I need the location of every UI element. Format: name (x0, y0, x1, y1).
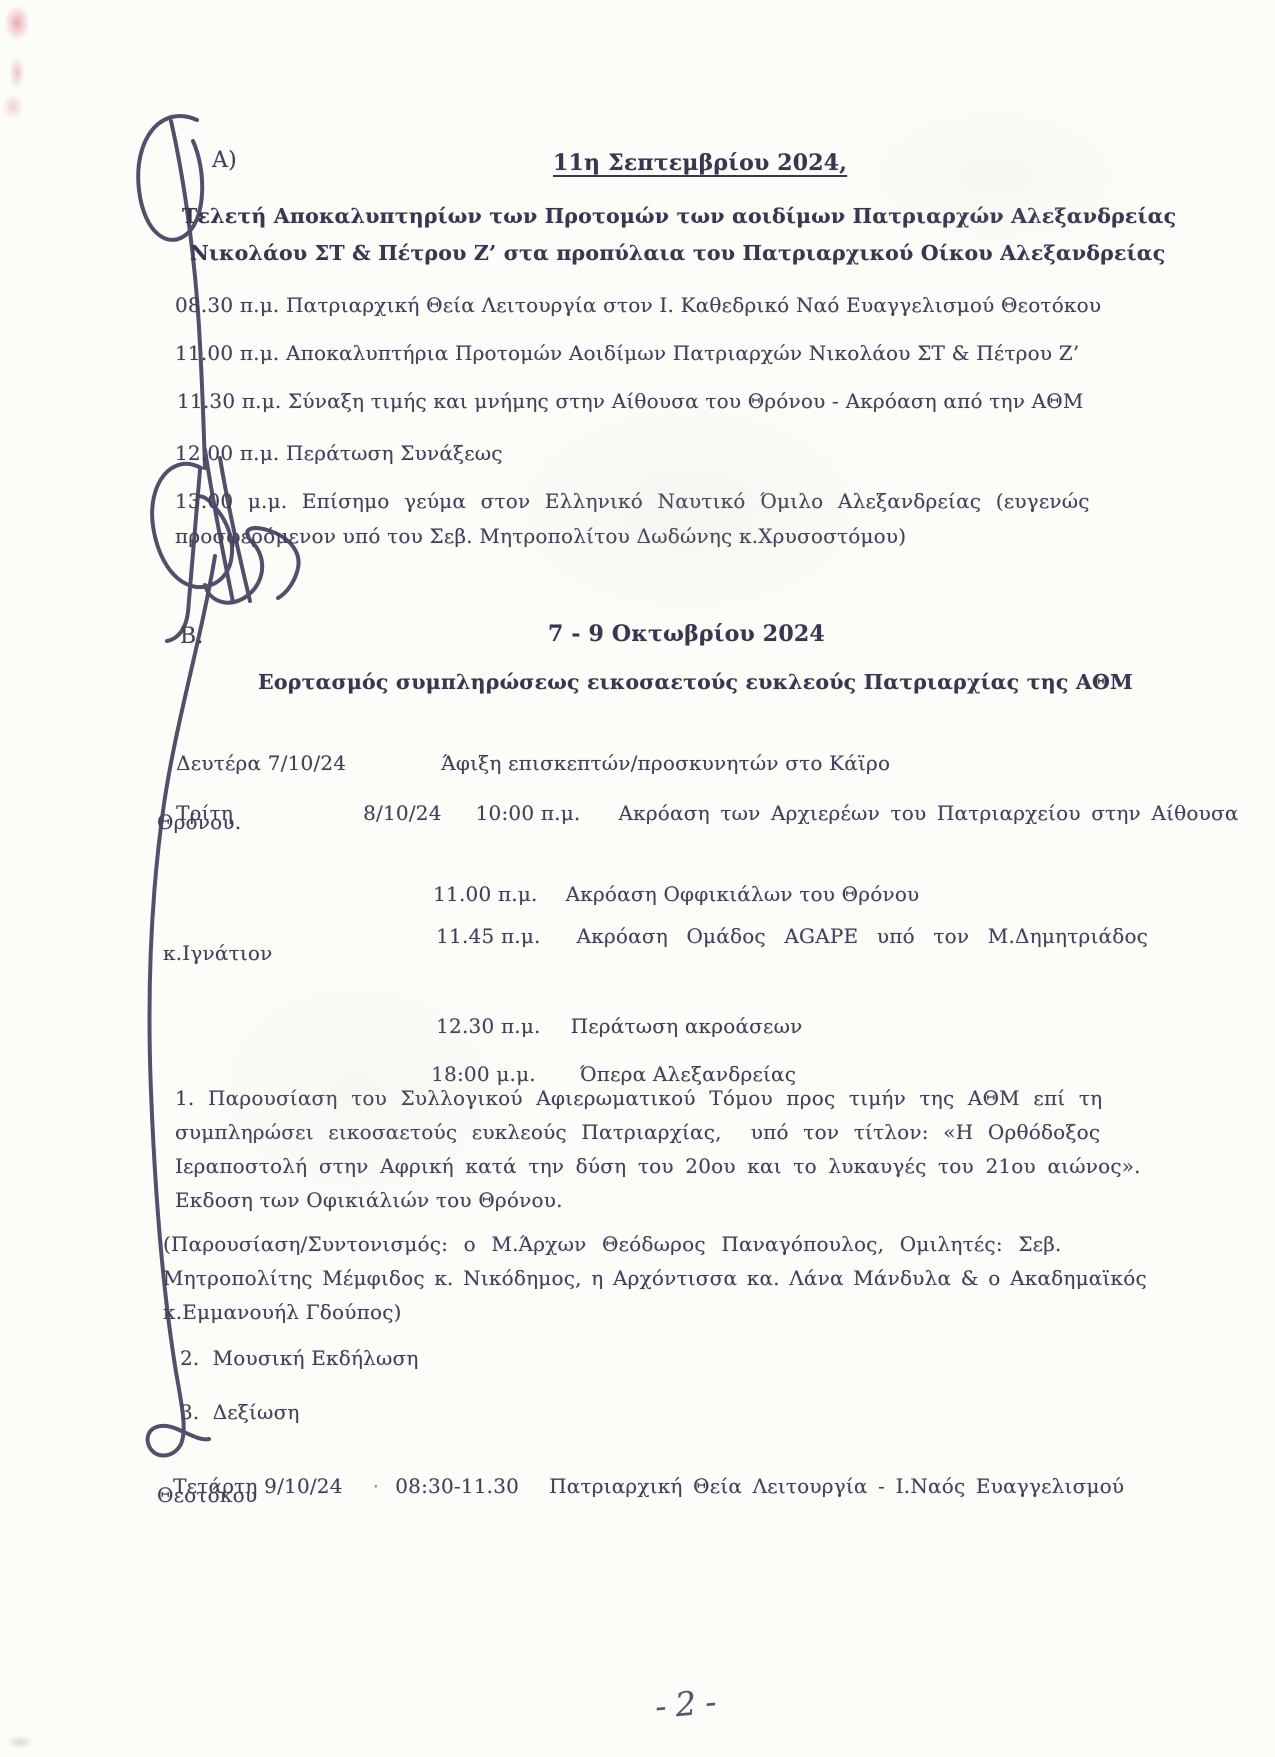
section-a-label: Α) (212, 148, 237, 173)
row-time: 10:00 π.μ. (476, 801, 581, 825)
handwritten-page-number: -2- (653, 1681, 726, 1726)
schedule-row: Δευτέρα 7/10/24Άφιξη επισκεπτών/προσκυνη… (163, 727, 890, 775)
row-time: 11.45 π.μ. (436, 924, 540, 948)
red-scan-artifact (4, 5, 30, 41)
red-scan-artifact (2, 94, 24, 120)
schedule-row: 12.30 π.μ.Περάτωση ακροάσεων (423, 990, 802, 1038)
schedule-row: Τετάρτη 9/10/24·08:30-11.30Πατριαρχική Θ… (160, 1450, 1124, 1498)
schedule-item: 13.00 μ.μ. Επίσημο γεύμα στον Ελληνικό Ν… (175, 489, 1090, 513)
schedule-row: 11.00 π.μ.Ακρόαση Οφφικιάλων του Θρόνου (420, 858, 919, 906)
row-text: Άφιξη επισκεπτών/προσκυνητών στο Κάϊρο (441, 751, 890, 775)
row-date: 8/10/24 (363, 801, 442, 825)
row-text-wrap: Θεοτόκου (157, 1483, 257, 1507)
schedule-row: Τρίτη8/10/2410:00 π.μ.Ακρόαση των Αρχιερ… (163, 777, 1239, 825)
schedule-row: 18:00 μ.μ.Όπερα Αλεξανδρείας (418, 1038, 796, 1086)
schedule-item-continuation: προσφερόμενον υπό του Σεβ. Μητροπολίτου … (175, 524, 906, 548)
paragraph-line: κ.Εμμανουήλ Γδούπος) (163, 1300, 402, 1324)
row-time: 12.30 π.μ. (436, 1014, 540, 1038)
paragraph-line: (Παρουσίαση/Συντονισμός: ο Μ.Άρχων Θεόδω… (163, 1232, 1062, 1256)
section-a-title-line2: Νικολάου ΣΤ & Πέτρου Ζ’ στα προπύλαια το… (190, 241, 1165, 265)
schedule-row: 11.45 π.μ.Ακρόαση Ομάδος AGAPE υπό τον Μ… (423, 900, 1148, 948)
paragraph-line: Εκδοση των Οφικιάλιών του Θρόνου. (175, 1188, 563, 1212)
row-time: 18:00 μ.μ. (431, 1062, 536, 1086)
paragraph-line: 1. Παρουσίαση του Συλλογικού Αφιερωματικ… (175, 1086, 1102, 1110)
schedule-item: 08.30 π.μ. Πατριαρχική Θεία Λειτουργία σ… (175, 293, 1101, 317)
row-text-wrap: Θρόνου. (157, 810, 241, 834)
row-text: Πατριαρχική Θεία Λειτουργία - Ι.Ναός Ευα… (549, 1474, 1124, 1498)
numbered-item: 2. Μουσική Εκδήλωση (180, 1346, 419, 1370)
numbered-item: 3. Δεξίωση (180, 1400, 300, 1424)
stray-dot-artifact: · (373, 1474, 380, 1498)
row-text: Ακρόαση Ομάδος AGAPE υπό τον Μ.Δημητριάδ… (577, 924, 1148, 948)
paragraph-line: Μητροπολίτης Μέμφιδος κ. Νικόδημος, η Αρ… (163, 1266, 1147, 1290)
document-page: { "colors": { "ink": "#43405a", "pen_ann… (0, 0, 1275, 1757)
row-text-wrap: κ.Ιγνάτιον (163, 941, 272, 965)
row-text: Όπερα Αλεξανδρείας (580, 1062, 796, 1086)
row-time: 08:30-11.30 (395, 1474, 519, 1498)
section-b-subtitle: Εορτασμός συμπληρώσεως εικοσαετούς ευκλε… (258, 670, 1133, 694)
gray-scan-artifact (6, 1735, 34, 1749)
row-text: Περάτωση ακροάσεων (571, 1014, 803, 1038)
red-scan-artifact (9, 56, 25, 90)
section-b-date-heading: 7 - 9 Οκτωβρίου 2024 (548, 621, 825, 647)
paragraph-line: συμπληρώσει εικοσαετούς ευκλεούς Πατριαρ… (175, 1120, 1100, 1144)
section-a-date-heading: 11η Σεπτεμβρίου 2024, (553, 150, 847, 176)
section-b-label: Β. (180, 624, 204, 649)
schedule-item: 11.30 π.μ. Σύναξη τιμής και μνήμης στην … (177, 389, 1084, 413)
schedule-item: 11.00 π.μ. Αποκαλυπτήρια Προτομών Αοιδίμ… (175, 341, 1079, 365)
schedule-item: 12.00 π.μ. Περάτωση Συνάξεως (175, 441, 503, 465)
paragraph-line: Ιεραποστολή στην Αφρική κατά την δύση το… (175, 1154, 1141, 1178)
row-text: Ακρόαση των Αρχιερέων του Πατριαρχείου σ… (618, 801, 1238, 825)
row-day: Δευτέρα 7/10/24 (176, 751, 346, 775)
section-a-title-line1: Τελετή Αποκαλυπτηρίων των Προτομών των α… (182, 204, 1176, 228)
